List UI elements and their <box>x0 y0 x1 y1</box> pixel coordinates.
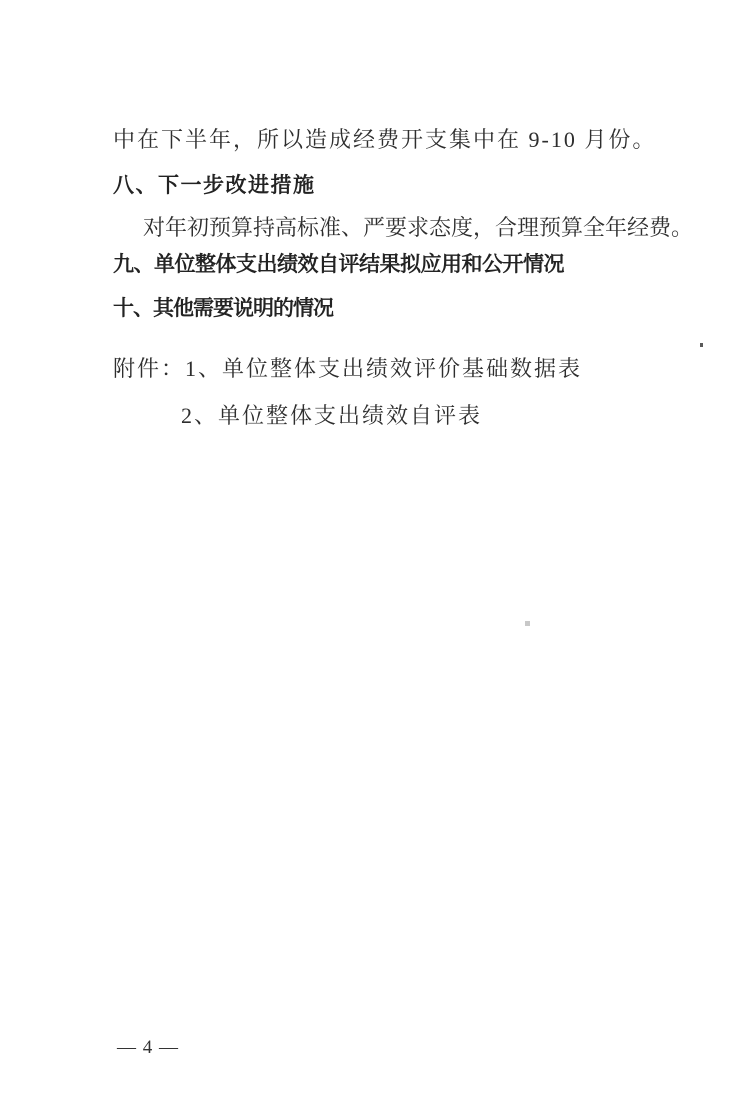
attachment-line-1: 附件：1、单位整体支出绩效评价基础数据表 <box>113 358 582 380</box>
page-number: — 4 — <box>117 1038 179 1057</box>
section-9-heading: 九、单位整体支出绩效自评结果拟应用和公开情况 <box>113 254 564 275</box>
attachment-line-2: 2、单位整体支出绩效自评表 <box>181 405 482 427</box>
section-10-heading: 十、其他需要说明的情况 <box>113 298 333 319</box>
section-8-heading: 八、下一步改进措施 <box>113 175 316 196</box>
paragraph-continuation: 中在下半年，所以造成经费开支集中在 9-10 月份。 <box>113 129 656 151</box>
document-page: 中在下半年，所以造成经费开支集中在 9-10 月份。 八、下一步改进措施 对年初… <box>0 0 750 1120</box>
scan-speck <box>525 621 530 626</box>
scan-speck <box>700 343 703 347</box>
section-8-body: 对年初预算持高标准、严要求态度，合理预算全年经费。 <box>143 217 693 239</box>
